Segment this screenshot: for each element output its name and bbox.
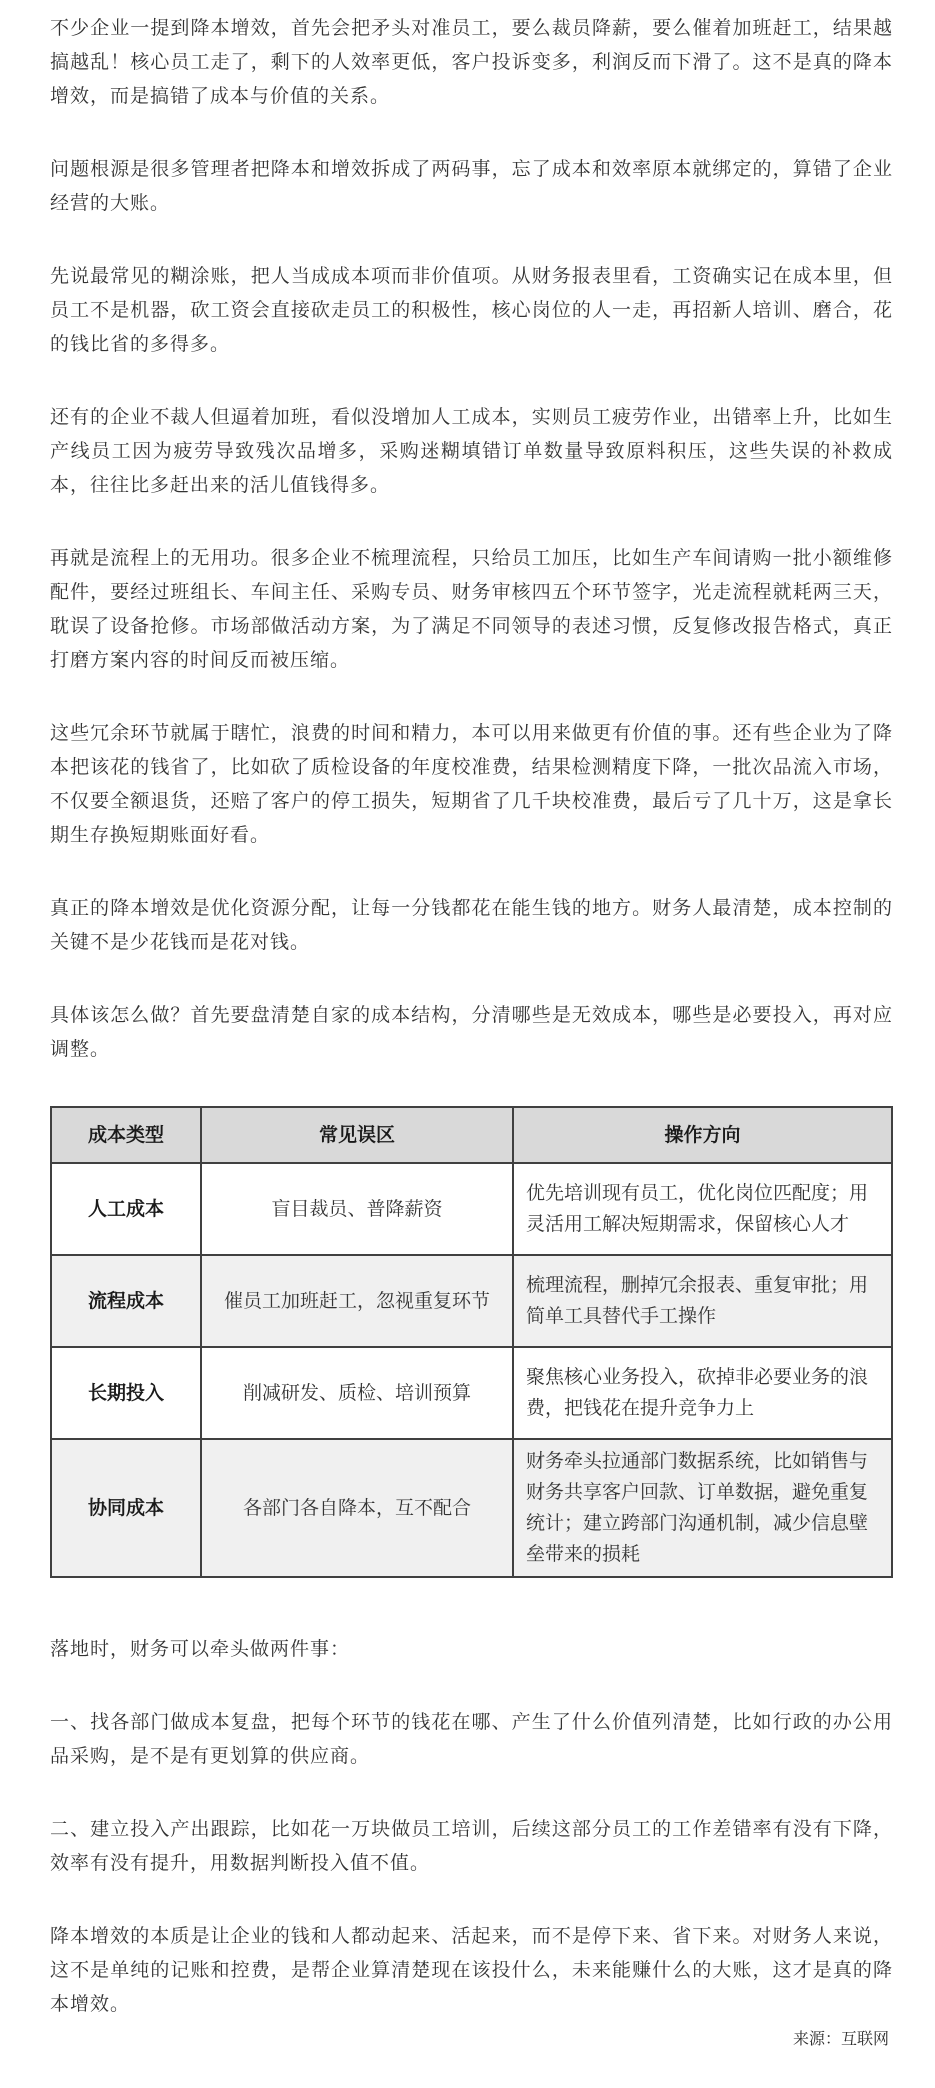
cell-direction: 聚焦核心业务投入，砍掉非必要业务的浪费，把钱花在提升竞争力上 bbox=[513, 1347, 892, 1439]
paragraph-true-meaning: 真正的降本增效是优化资源分配，让每一分钱都花在能生钱的地方。财务人最清楚，成本控… bbox=[50, 892, 893, 960]
paragraph-step-two: 二、建立投入产出跟踪，比如花一万块做员工培训，后续这部分员工的工作差错率有没有下… bbox=[50, 1813, 893, 1881]
cell-misconception: 削减研发、质检、培训预算 bbox=[201, 1347, 513, 1439]
table-header-row: 成本类型 常见误区 操作方向 bbox=[51, 1107, 892, 1163]
table-row-longterm: 长期投入 削减研发、质检、培训预算 聚焦核心业务投入，砍掉非必要业务的浪费，把钱… bbox=[51, 1347, 892, 1439]
paragraph-intro: 不少企业一提到降本增效，首先会把矛头对准员工，要么裁员降薪，要么催着加班赶工，结… bbox=[50, 12, 893, 114]
cell-direction: 梳理流程，删掉冗余报表、重复审批；用简单工具替代手工操作 bbox=[513, 1255, 892, 1347]
paragraph-how-to: 具体该怎么做？首先要盘清楚自家的成本结构，分清哪些是无效成本，哪些是必要投入，再… bbox=[50, 999, 893, 1067]
cell-misconception: 催员工加班赶工，忽视重复环节 bbox=[201, 1255, 513, 1347]
paragraph-conclusion: 降本增效的本质是让企业的钱和人都动起来、活起来，而不是停下来、省下来。对财务人来… bbox=[50, 1920, 893, 2022]
paragraph-process-waste: 再就是流程上的无用功。很多企业不梳理流程，只给员工加压，比如生产车间请购一批小额… bbox=[50, 542, 893, 678]
table-header-misconception: 常见误区 bbox=[201, 1107, 513, 1163]
table-header-direction: 操作方向 bbox=[513, 1107, 892, 1163]
paragraph-redundancy: 这些冗余环节就属于瞎忙，浪费的时间和精力，本可以用来做更有价值的事。还有些企业为… bbox=[50, 717, 893, 853]
cell-cost-type: 协同成本 bbox=[51, 1439, 201, 1577]
paragraph-step-one: 一、找各部门做成本复盘，把每个环节的钱花在哪、产生了什么价值列清楚，比如行政的办… bbox=[50, 1706, 893, 1774]
paragraph-root-cause: 问题根源是很多管理者把降本和增效拆成了两码事，忘了成本和效率原本就绑定的，算错了… bbox=[50, 153, 893, 221]
cell-direction: 优先培训现有员工，优化岗位匹配度；用灵活用工解决短期需求，保留核心人才 bbox=[513, 1163, 892, 1255]
table-row-collaboration: 协同成本 各部门各自降本，互不配合 财务牵头拉通部门数据系统，比如销售与财务共享… bbox=[51, 1439, 892, 1577]
source-attribution: 来源：互联网 bbox=[793, 2028, 889, 2052]
cell-misconception: 盲目裁员、普降薪资 bbox=[201, 1163, 513, 1255]
table-row-labor: 人工成本 盲目裁员、普降薪资 优先培训现有员工，优化岗位匹配度；用灵活用工解决短… bbox=[51, 1163, 892, 1255]
table-row-process: 流程成本 催员工加班赶工，忽视重复环节 梳理流程，删掉冗余报表、重复审批；用简单… bbox=[51, 1255, 892, 1347]
paragraph-overtime: 还有的企业不裁人但逼着加班，看似没增加人工成本，实则员工疲劳作业，出错率上升，比… bbox=[50, 401, 893, 503]
paragraph-landing: 落地时，财务可以牵头做两件事： bbox=[50, 1633, 893, 1667]
article-page: 不少企业一提到降本增效，首先会把矛头对准员工，要么裁员降薪，要么催着加班赶工，结… bbox=[0, 0, 935, 2088]
cell-misconception: 各部门各自降本，互不配合 bbox=[201, 1439, 513, 1577]
paragraph-labor-cost: 先说最常见的糊涂账，把人当成成本项而非价值项。从财务报表里看，工资确实记在成本里… bbox=[50, 260, 893, 362]
table-header-cost-type: 成本类型 bbox=[51, 1107, 201, 1163]
cell-cost-type: 流程成本 bbox=[51, 1255, 201, 1347]
cell-cost-type: 长期投入 bbox=[51, 1347, 201, 1439]
cell-cost-type: 人工成本 bbox=[51, 1163, 201, 1255]
cell-direction: 财务牵头拉通部门数据系统，比如销售与财务共享客户回款、订单数据，避免重复统计；建… bbox=[513, 1439, 892, 1577]
cost-type-table: 成本类型 常见误区 操作方向 人工成本 盲目裁员、普降薪资 优先培训现有员工，优… bbox=[50, 1106, 893, 1578]
